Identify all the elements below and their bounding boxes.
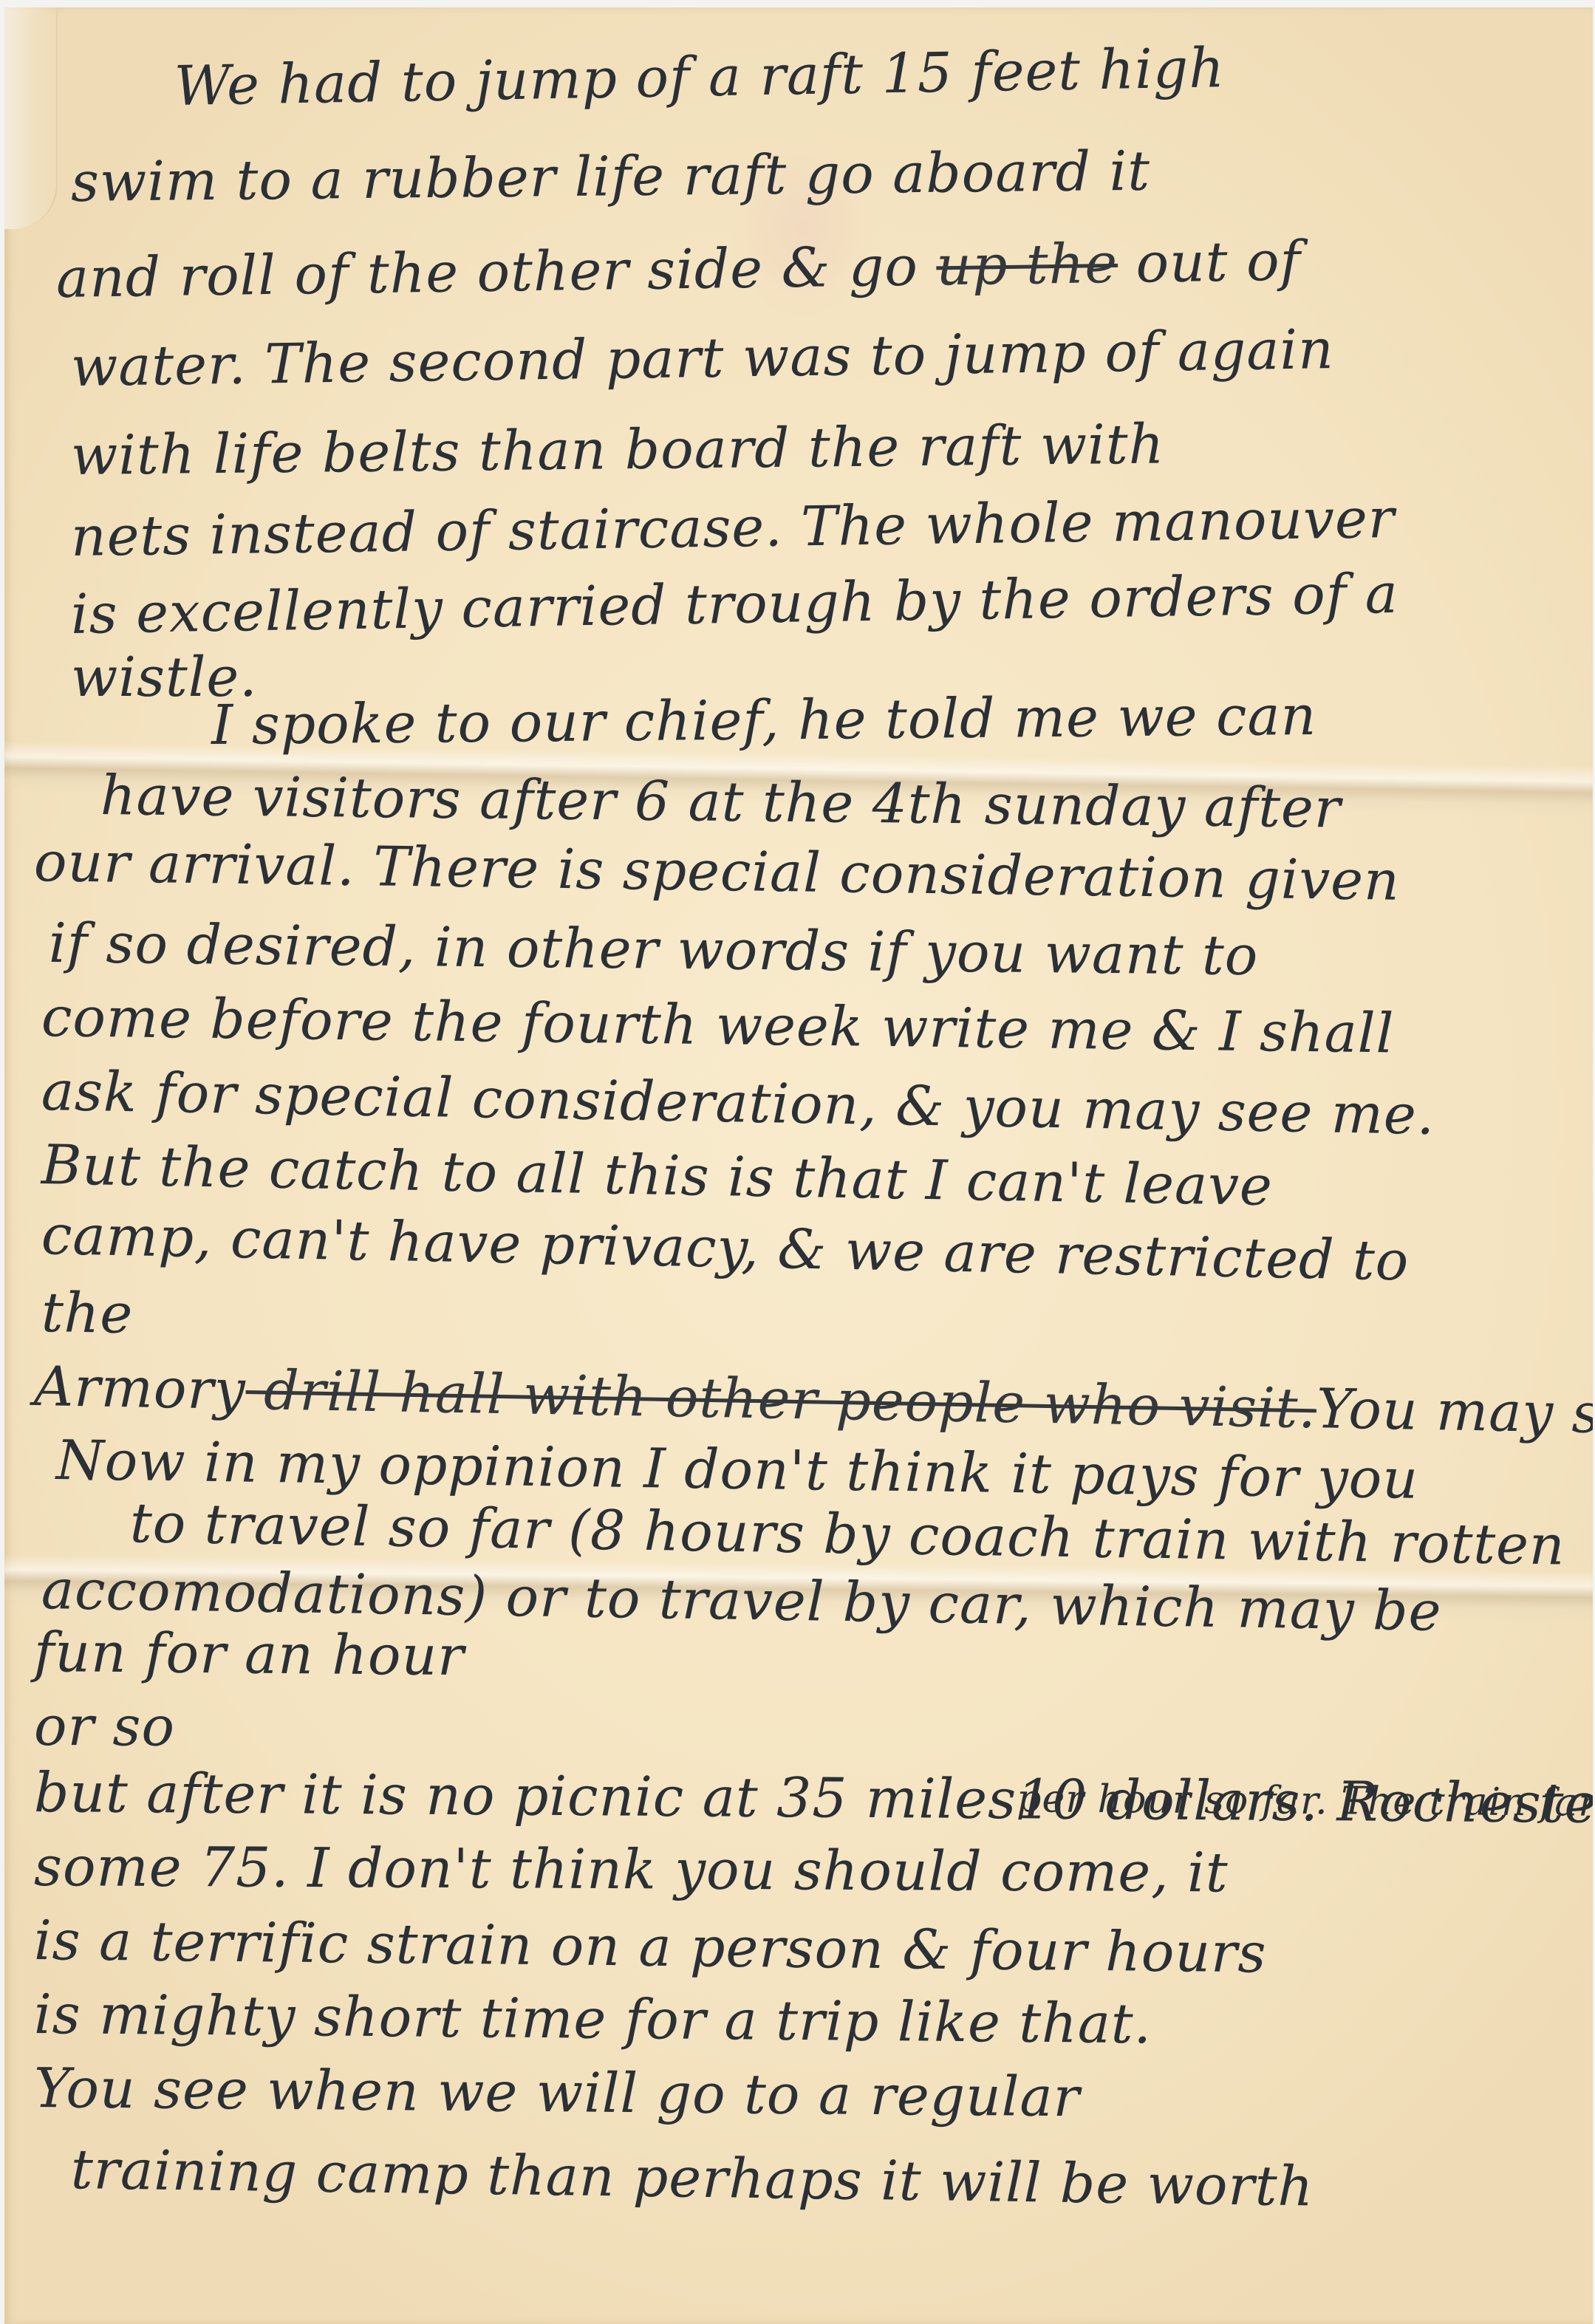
line-text: is excellently carried trough by the ord… — [70, 562, 1398, 646]
line-text: We had to jump of a raft 15 feet high — [174, 36, 1225, 118]
text-line: our arrival. There is special considerat… — [33, 835, 1400, 909]
line-text: come before the fourth week write me & I… — [41, 985, 1394, 1065]
text-line: camp, can't have privacy, & we are restr… — [41, 1208, 1410, 1289]
text-line: swim to a rubber life raft go aboard it — [71, 144, 1151, 210]
text-line: have visitors after 6 at the 4th sunday … — [100, 768, 1342, 836]
line-text: water. The second part was to jump of ag… — [70, 318, 1334, 399]
line-text: is mighty short time for a trip like tha… — [34, 1983, 1152, 2056]
line-text: Armory — [33, 1355, 246, 1422]
line-text: You see when we will go to a regular — [34, 2057, 1081, 2129]
text-line: I spoke to our chief, he told me we can — [211, 688, 1317, 753]
text-line: and roll of the other side & go up the o… — [55, 233, 1301, 306]
text-line: is a terrific strain on a person & four … — [34, 1913, 1267, 1980]
line-text: with life belts than board the raft with — [71, 413, 1165, 488]
line-text: if so desired, in other words if you wan… — [49, 912, 1259, 988]
text-line: is excellently carried trough by the ord… — [70, 567, 1398, 642]
text-line: if so desired, in other words if you wan… — [49, 916, 1259, 983]
line-text: But the catch to all this is that I can'… — [41, 1133, 1273, 1218]
line-text: swim to a rubber life raft go aboard it — [71, 140, 1151, 214]
text-line: nets instead of staircase. The whole man… — [70, 491, 1395, 564]
text-line: or so — [34, 1699, 175, 1754]
text-line: We had to jump of a raft 15 feet high — [174, 41, 1225, 114]
text-line: but after it is no picnic at 35 milesper… — [34, 1766, 1593, 1839]
text-line: You see when we will go to a regular — [34, 2061, 1081, 2125]
text-line: with life belts than board the raft with — [71, 417, 1165, 483]
line-text: nets instead of staircase. The whole man… — [70, 487, 1395, 569]
text-line: the — [41, 1285, 133, 1342]
line-text: training camp than perhaps it will be wo… — [70, 2138, 1314, 2218]
line-text: I spoke to our chief, he told me we can — [211, 684, 1317, 757]
text-line: ask for special consideration, & you may… — [41, 1064, 1435, 1143]
letter-page: We had to jump of a raft 15 feet high sw… — [4, 7, 1593, 2324]
text-line: fun for an hour — [34, 1625, 465, 1684]
line-text: is a terrific strain on a person & four … — [34, 1909, 1267, 1985]
text-line: water. The second part was to jump of ag… — [70, 322, 1334, 394]
struck-text: drill hall with other people who visit. — [245, 1358, 1317, 1440]
line-text: or so — [34, 1695, 175, 1759]
text-line: some 75. I don't think you should come, … — [34, 1839, 1229, 1900]
curled-corner — [4, 7, 58, 229]
line-text: out of — [1117, 229, 1301, 295]
struck-text: up the — [936, 232, 1118, 298]
text-line: is mighty short time for a trip like tha… — [34, 1987, 1152, 2051]
line-text: but after it is no picnic at 35 miles — [34, 1761, 1017, 1831]
line-text: the — [41, 1281, 134, 1346]
line-text: have visitors after 6 at the 4th sunday … — [100, 764, 1342, 841]
line-text: fun for an hour — [34, 1621, 465, 1688]
line-text: ask for special consideration, & you may… — [41, 1059, 1435, 1147]
line-text: our arrival. There is special considerat… — [33, 830, 1400, 913]
text-line: come before the fourth week write me & I… — [41, 990, 1395, 1061]
line-text: and roll of the other side & go — [55, 234, 937, 310]
text-line: But the catch to all this is that I can'… — [41, 1138, 1273, 1214]
line-text: some 75. I don't think you should come, … — [34, 1835, 1229, 1904]
text-line: training camp than perhaps it will be wo… — [70, 2142, 1314, 2214]
